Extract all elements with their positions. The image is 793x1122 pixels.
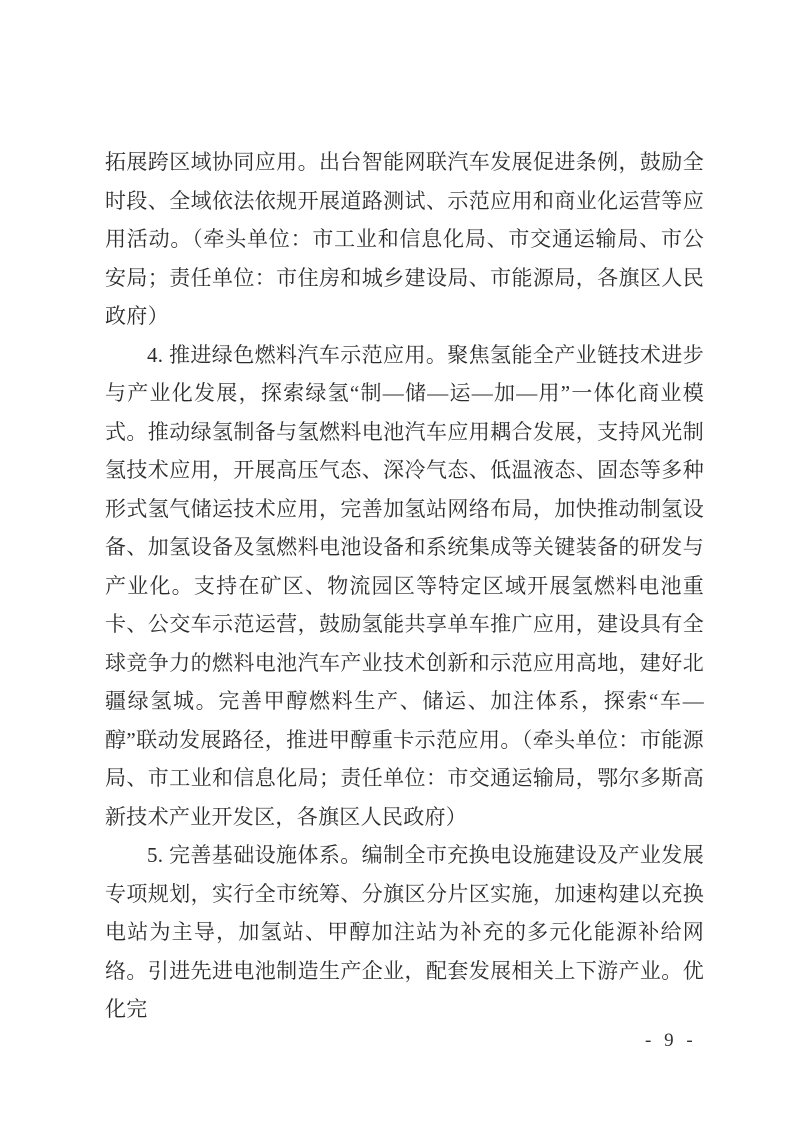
paragraph-item-4: 4. 推进绿色燃料汽车示范应用。聚焦氢能全产业链技术进步与产业化发展，探索绿氢“…	[105, 336, 704, 837]
paragraph-continuation: 拓展跨区域协同应用。出台智能网联汽车发展促进条例，鼓励全时段、全域依法依规开展道…	[105, 143, 704, 336]
page-number: - 9 -	[645, 1030, 697, 1052]
document-body: 拓展跨区域协同应用。出台智能网联汽车发展促进条例，鼓励全时段、全域依法依规开展道…	[105, 143, 704, 1029]
document-page: 拓展跨区域协同应用。出台智能网联汽车发展促进条例，鼓励全时段、全域依法依规开展道…	[0, 0, 793, 1122]
paragraph-item-5: 5. 完善基础设施体系。编制全市充换电设施建设及产业发展专项规划，实行全市统筹、…	[105, 836, 704, 1029]
